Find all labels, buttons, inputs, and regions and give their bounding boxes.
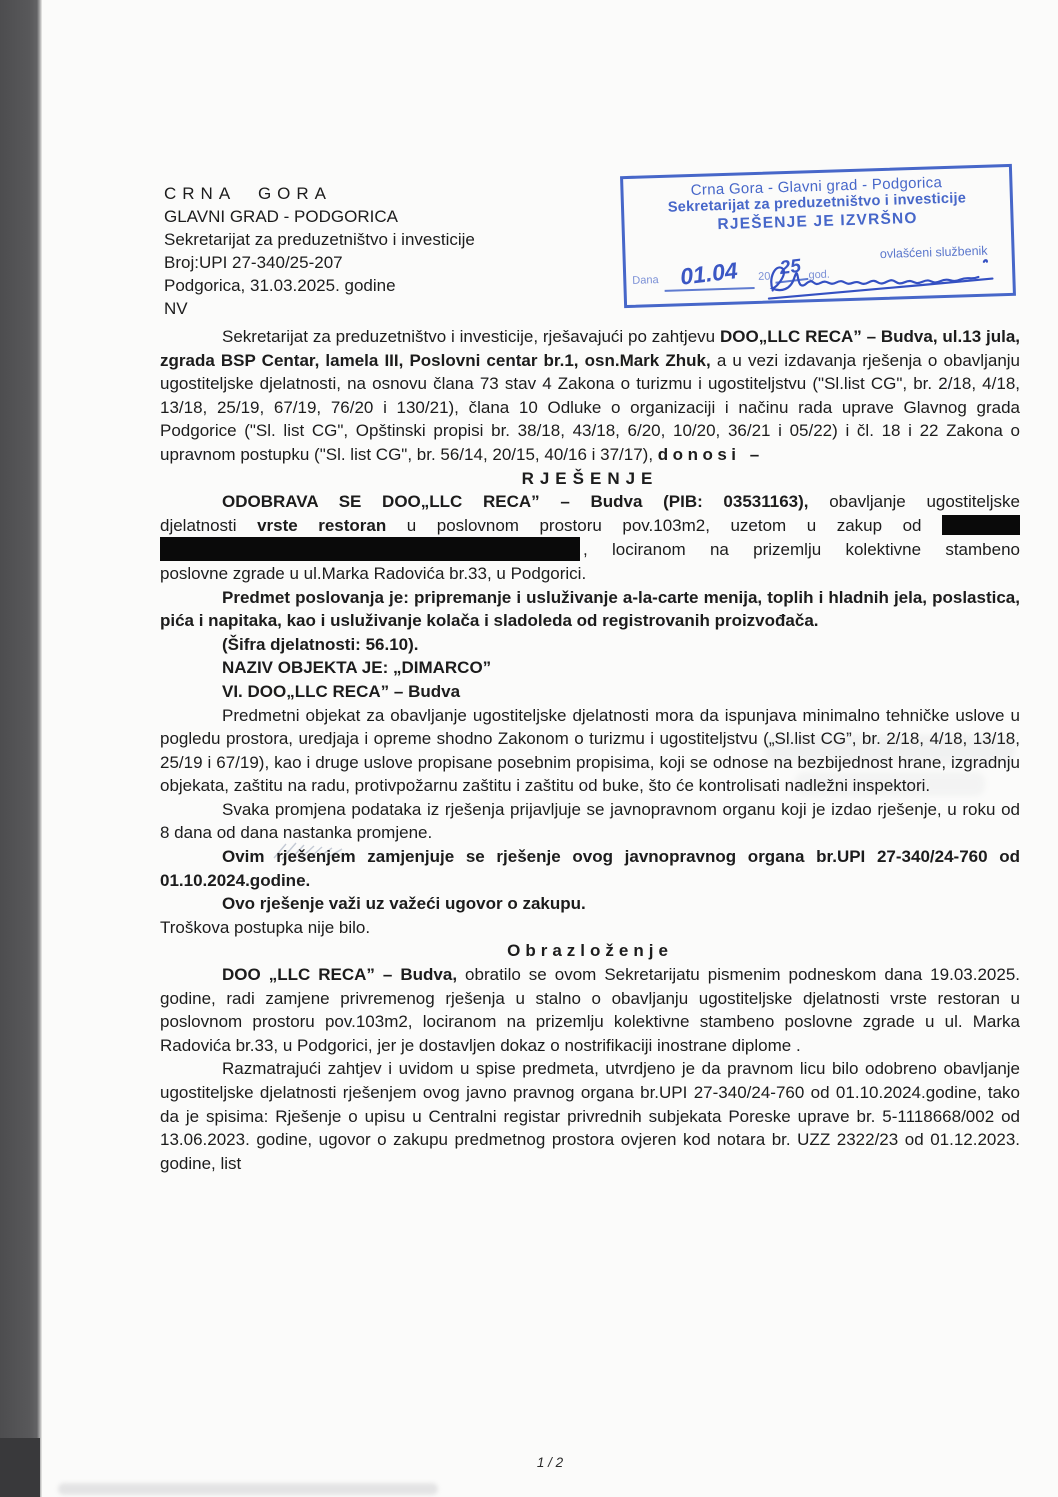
stamp-handwritten-date: 01.04 xyxy=(664,259,754,292)
page-number: 1 / 2 xyxy=(500,1455,600,1470)
odobrava-line-4: poslovne zgrade u ul.Marka Radovića br.3… xyxy=(160,562,1020,586)
line-vazenje-rjesenja: Ovo rješenje važi uz važeći ugovor o zak… xyxy=(160,892,1020,916)
odobrava-bold-2: vrste restoran xyxy=(257,516,386,535)
stamp-date-label: Dana xyxy=(632,274,659,293)
paragraph-odobrava: ODOBRAVA SE DOO„LLC RECA” – Budva (PIB: … xyxy=(160,490,1020,585)
line-naziv-objekta: NAZIV OBJEKTA JE: „DIMARCO” xyxy=(160,656,1020,680)
obrazlozenje-applicant-bold: DOO „LLC RECA” – Budva, xyxy=(222,965,457,984)
odobrava-text-4: , lociranom na prizemlju kolektivne stam… xyxy=(583,540,1020,559)
official-signature-handwriting xyxy=(756,249,1007,303)
line-vlasnik: VI. DOO„LLC RECA” – Budva xyxy=(160,680,1020,704)
scan-edge-artifact xyxy=(0,0,42,1497)
odobrava-text-3: u poslovnom prostoru pov.103m2, uzetom u… xyxy=(386,516,942,535)
scan-edge-artifact-bottom xyxy=(0,1438,40,1497)
redaction-box-lessor-2 xyxy=(160,537,580,561)
letterhead-place-date: Podgorica, 31.03.2025. godine xyxy=(164,274,475,297)
paragraph-predmet-poslovanja: Predmet poslovanja je: pripremanje i usl… xyxy=(160,586,1020,633)
executive-stamp: Crna Gora - Glavni grad - Podgorica Sekr… xyxy=(620,164,1016,308)
line-troskovi: Troškova postupka nije bilo. xyxy=(160,916,1020,940)
letterhead-initials: NV xyxy=(164,297,475,320)
document-body: Sekretarijat za preduzetništvo i investi… xyxy=(160,325,1020,1175)
odobrava-bold-1: ODOBRAVA SE DOO„LLC RECA” – Budva (PIB: … xyxy=(222,492,809,511)
letterhead: CRNA GORA GLAVNI GRAD - PODGORICA Sekret… xyxy=(164,182,475,320)
paragraph-obrazlozenje-2: Razmatrajući zahtjev i uvidom u spise pr… xyxy=(160,1057,1020,1175)
heading-obrazlozenje: Obrazloženje xyxy=(160,939,1020,963)
odobrava-line-2: djelatnosti vrste restoran u poslovnom p… xyxy=(160,514,1020,538)
letterhead-department: Sekretarijat za preduzetništvo i investi… xyxy=(164,228,475,251)
paragraph-minimalni-uslovi: Predmetni objekat za obavljanje ugostite… xyxy=(160,704,1020,798)
scan-smudge-artifact xyxy=(58,1483,438,1495)
scanned-document-page: CRNA GORA GLAVNI GRAD - PODGORICA Sekret… xyxy=(0,0,1058,1497)
paragraph-sifra-djelatnosti: (Šifra djelatnosti: 56.10). xyxy=(160,633,1020,657)
redaction-box-lessor-1 xyxy=(942,515,1020,535)
odobrava-line-1: ODOBRAVA SE DOO„LLC RECA” – Budva (PIB: … xyxy=(160,490,1020,514)
paragraph-zamjena-rjesenja: Ovim rješenjem zamjenjuje se rješenje ov… xyxy=(160,845,1020,892)
odobrava-line-3: , lociranom na prizemlju kolektivne stam… xyxy=(160,537,1020,562)
paragraph-obrazlozenje-1: DOO „LLC RECA” – Budva, obratilo se ovom… xyxy=(160,963,1020,1057)
heading-rjesenje: RJEŠENJE xyxy=(160,467,1020,491)
intro-text-1: Sekretarijat za preduzetništvo i investi… xyxy=(222,327,720,346)
letterhead-ref-number: Broj:UPI 27-340/25-207 xyxy=(164,251,475,274)
paragraph-promjena-podataka: Svaka promjena podataka iz rješenja prij… xyxy=(160,798,1020,845)
paragraph-intro: Sekretarijat za preduzetništvo i investi… xyxy=(160,325,1020,467)
intro-donosi-bold: donosi – xyxy=(658,445,764,464)
odobrava-text-2: djelatnosti xyxy=(160,516,257,535)
odobrava-text-1: obavljanje ugostiteljske xyxy=(809,492,1020,511)
letterhead-country: CRNA GORA xyxy=(164,182,475,205)
letterhead-city: GLAVNI GRAD - PODGORICA xyxy=(164,205,475,228)
